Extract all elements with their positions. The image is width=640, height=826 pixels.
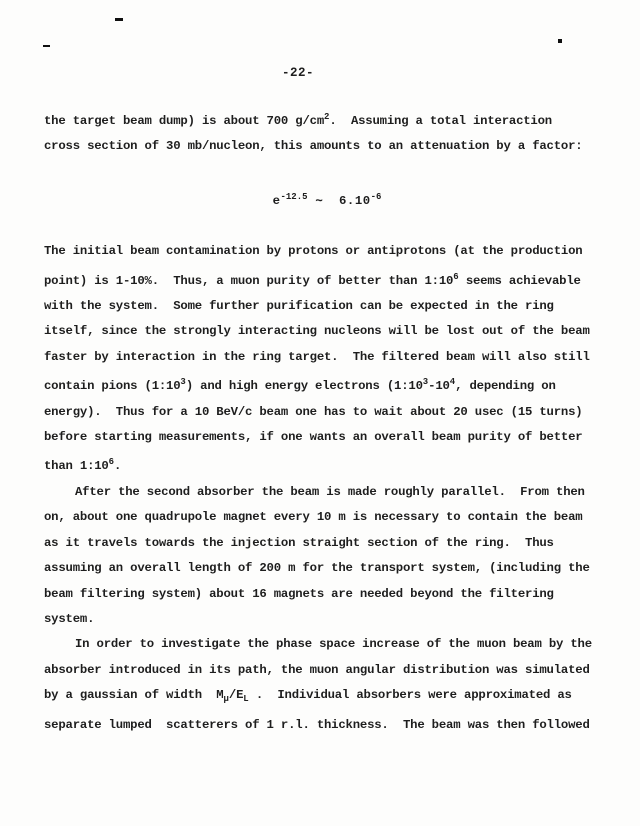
text-line: separate lumped scatterers of 1 r.l. thi… [44,713,610,738]
text-line: absorber introduced in its path, the muo… [44,658,610,683]
text-run: . [114,459,121,473]
text-run: as it travels towards the injection stra… [44,536,554,550]
text-line: energy). Thus for a 10 BeV/c beam one ha… [44,400,610,425]
text-line: itself, since the strongly interacting n… [44,319,610,344]
formula-line: e-12.5 ∼ 6.10-6 [44,185,610,214]
text-run: ∼ 6.10 [308,194,371,208]
text-line: The initial beam contamination by proton… [44,239,610,264]
text-line: contain pions (1:103) and high energy el… [44,370,610,399]
text-run: faster by interaction in the ring target… [44,350,590,364]
text-run: assuming an overall length of 200 m for … [44,561,590,575]
text-run: by a gaussian of width M [44,688,223,702]
text-run: . Individual absorbers were approximated… [249,688,572,702]
text-run: After the second absorber the beam is ma… [75,485,585,499]
scanned-page: -22- the target beam dump) is about 700 … [0,0,640,826]
text-run: absorber introduced in its path, the muo… [44,663,590,677]
scan-mark [558,39,562,43]
scan-mark [43,45,50,47]
text-run: , depending on [455,379,556,393]
text-line: with the system. Some further purificati… [44,294,610,319]
text-line: the target beam dump) is about 700 g/cm2… [44,105,610,134]
text-run: -10 [428,379,450,393]
text-run: ) and high energy electrons (1:10 [186,379,423,393]
text-line: point) is 1-10%. Thus, a muon purity of … [44,265,610,294]
text-run: /E [229,688,243,702]
text-run: e [273,194,281,208]
text-body: the target beam dump) is about 700 g/cm2… [44,105,610,738]
text-run: the target beam dump) is about 700 g/cm [44,114,324,128]
text-line: than 1:106. [44,450,610,479]
text-line: by a gaussian of width Mµ/EL . Individua… [44,683,610,712]
text-run: than 1:10 [44,459,109,473]
text-line: system. [44,607,610,632]
text-run: separate lumped scatterers of 1 r.l. thi… [44,718,590,732]
text-run: energy). Thus for a 10 BeV/c beam one ha… [44,405,582,419]
text-run: system. [44,612,94,626]
text-line: before starting measurements, if one wan… [44,425,610,450]
text-run: seems achievable [459,274,581,288]
page-number: -22- [282,66,314,80]
text-run: before starting measurements, if one wan… [44,430,582,444]
text-line: cross section of 30 mb/nucleon, this amo… [44,134,610,159]
text-line: In order to investigate the phase space … [44,632,610,657]
text-run: contain pions (1:10 [44,379,180,393]
text-line: beam filtering system) about 16 magnets … [44,582,610,607]
text-line: on, about one quadrupole magnet every 10… [44,505,610,530]
text-line: faster by interaction in the ring target… [44,345,610,370]
text-run: cross section of 30 mb/nucleon, this amo… [44,139,582,153]
text-run: itself, since the strongly interacting n… [44,324,590,338]
scan-mark [115,18,123,21]
text-line: as it travels towards the injection stra… [44,531,610,556]
text-run: beam filtering system) about 16 magnets … [44,587,554,601]
text-line: assuming an overall length of 200 m for … [44,556,610,581]
text-line: After the second absorber the beam is ma… [44,480,610,505]
text-run: on, about one quadrupole magnet every 10… [44,510,582,524]
text-run: . Assuming a total interaction [329,114,552,128]
text-run: In order to investigate the phase space … [75,637,592,651]
text-run: point) is 1-10%. Thus, a muon purity of … [44,274,453,288]
text-sup: -6 [371,192,382,202]
text-run: with the system. Some further purificati… [44,299,554,313]
text-sup: -12.5 [281,192,308,202]
text-run: The initial beam contamination by proton… [44,244,582,258]
